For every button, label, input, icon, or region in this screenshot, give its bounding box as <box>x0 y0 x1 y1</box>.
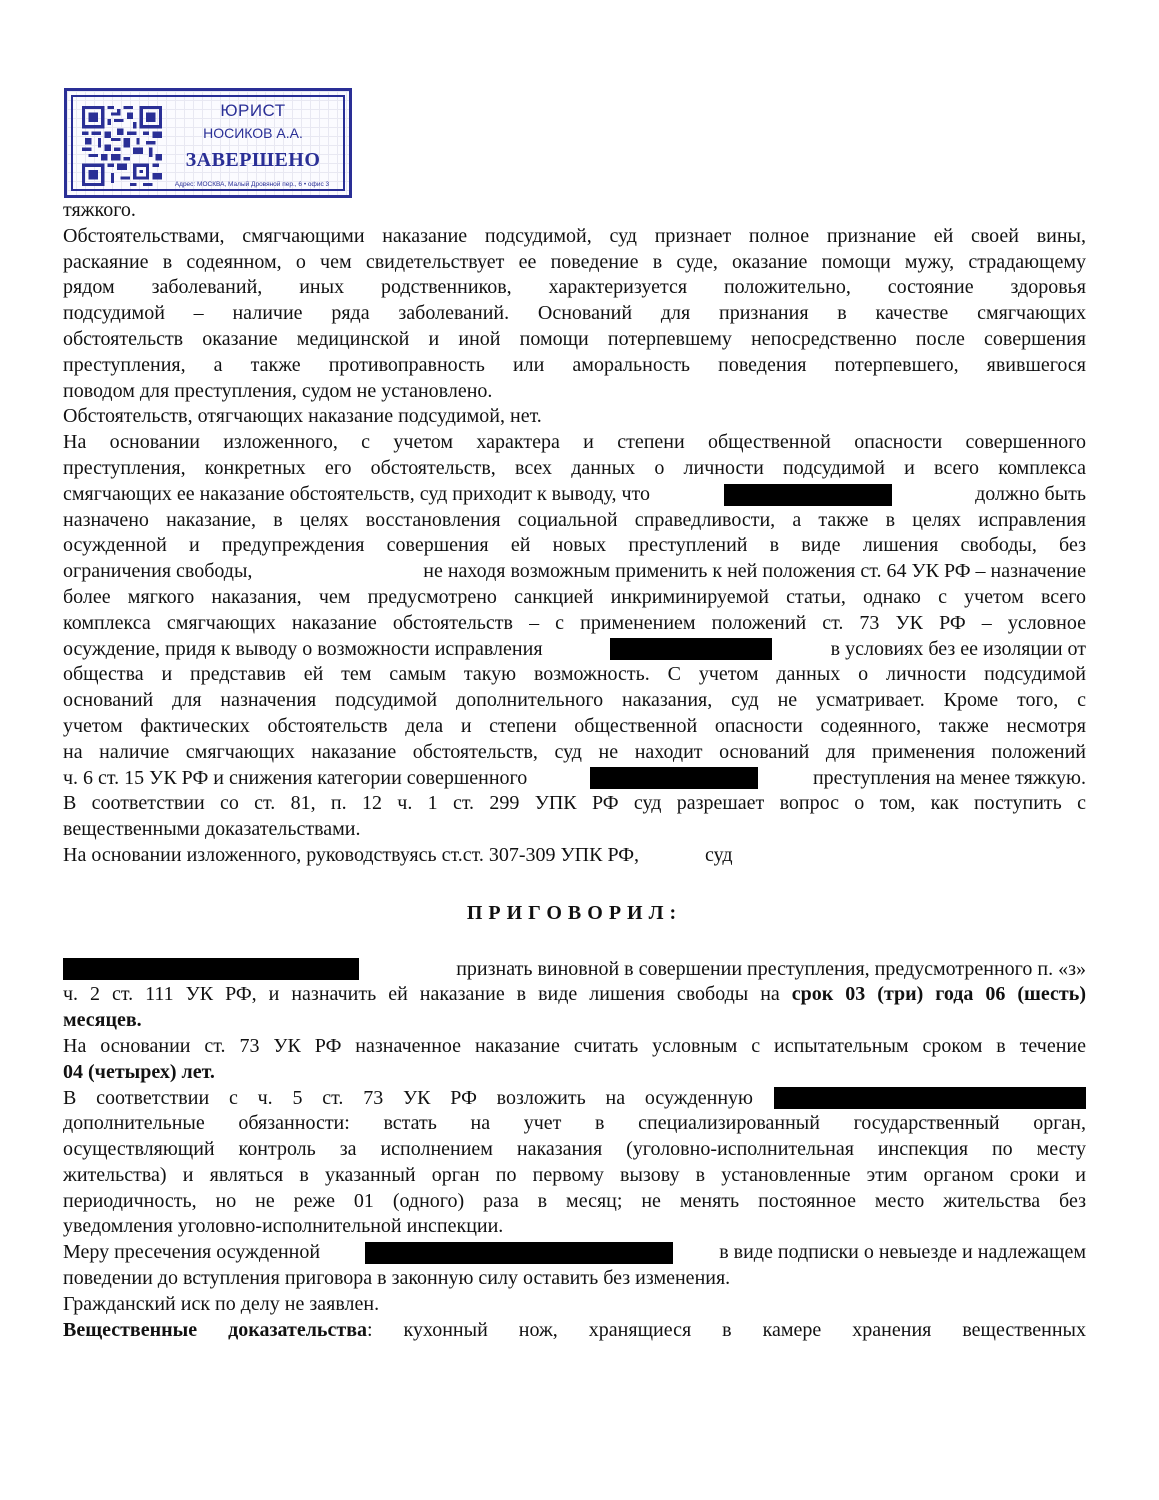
text-line: ч. 6 ст. 15 УК РФ и снижения категории с… <box>63 766 1086 792</box>
text-fragment: признать виновной в совершении преступле… <box>456 957 1086 983</box>
text-line: Меру пресечения осужденной в виде подпис… <box>63 1240 1086 1266</box>
text-fragment: ч. 6 ст. 15 УК РФ и снижения категории с… <box>63 766 527 792</box>
sentence-term: срок 03 (три) года 06 (шесть) <box>792 983 1086 1005</box>
lawyer-stamp: ЮРИСТ НОСИКОВ А.А. ЗАВЕРШЕНО Адрес: МОСК… <box>64 88 352 198</box>
probation-term: 04 (четырех) лет. <box>63 1061 215 1083</box>
text-line: ограничения свободы, не находя возможным… <box>63 559 1086 585</box>
text-line: на наличие смягчающих наказание обстояте… <box>63 740 1086 766</box>
text-fragment: суд <box>705 844 733 866</box>
text-line: уведомления уголовно-исполнительной инсп… <box>63 1214 1086 1240</box>
text-fragment: преступления на менее тяжкую. <box>813 766 1086 792</box>
text-line: месяцев. <box>63 1008 1086 1034</box>
text-fragment-inner: В соответствии с ч. 5 ст. 73 УК РФ возло… <box>63 1086 753 1112</box>
text-line: смягчающих ее наказание обстоятельств, с… <box>63 482 1086 508</box>
text-fragment: смягчающих ее наказание обстоятельств, с… <box>63 482 650 508</box>
sentence-term-cont: месяцев. <box>63 1009 142 1031</box>
redacted-name <box>590 767 758 789</box>
text-line: На основании изложенного, руководствуясь… <box>63 843 1086 869</box>
text-line: Вещественные доказательства: кухонный но… <box>63 1318 1086 1344</box>
text-line: комплекса смягчающих наказание обстоятел… <box>63 611 1086 637</box>
document-body: тяжкого. Обстоятельствами, смягчающими н… <box>63 198 1086 1343</box>
text-line: ч. 2 ст. 111 УК РФ, и назначить ей наказ… <box>63 982 1086 1008</box>
text-fragment: в условиях без ее изоляции от <box>831 637 1086 663</box>
text-fragment: осуждение, придя к выводу о возможности … <box>63 637 543 663</box>
text-line: поводом для преступления, судом не устан… <box>63 379 1086 405</box>
text-line: рядом заболеваний, иных родственников, х… <box>63 275 1086 301</box>
text-line: Обстоятельств, отягчающих наказание подс… <box>63 404 1086 430</box>
text-line: преступления, а также противоправность и… <box>63 353 1086 379</box>
text-line: учетом фактических обстоятельств дела и … <box>63 714 1086 740</box>
text-line: преступления, конкретных его обстоятельс… <box>63 456 1086 482</box>
text-line: обстоятельств оказание медицинской и ино… <box>63 327 1086 353</box>
redacted-name <box>774 1087 1086 1109</box>
text-line: осужденной и предупреждения совершения е… <box>63 533 1086 559</box>
text-fragment: ч. 2 ст. 111 УК РФ, и назначить ей наказ… <box>63 983 792 1005</box>
text-line: осуждение, придя к выводу о возможности … <box>63 637 1086 663</box>
qr-code-icon <box>82 104 162 188</box>
text-line: признать виновной в совершении преступле… <box>63 957 1086 983</box>
text-line: Гражданский иск по делу не заявлен. <box>63 1292 1086 1318</box>
redacted-name <box>365 1242 673 1264</box>
text-line: В соответствии с ч. 5 ст. 73 УК РФ возло… <box>63 1086 1086 1112</box>
text-line: периодичность, но не реже 01 (одного) ра… <box>63 1189 1086 1215</box>
text-fragment: в виде подписки о невыезде и надлежащем <box>719 1240 1086 1266</box>
text-line: жительства) и являться в указанный орган… <box>63 1163 1086 1189</box>
text-line: подсудимой – наличие ряда заболеваний. О… <box>63 301 1086 327</box>
text-fragment: ограничения свободы, <box>63 559 252 585</box>
text-line: На основании изложенного, с учетом харак… <box>63 430 1086 456</box>
text-fragment: не находя возможным применить к ней поло… <box>423 559 1086 585</box>
redacted-name <box>610 638 772 660</box>
text-fragment: должно быть <box>975 482 1086 508</box>
text-line: назначено наказание, в целях восстановле… <box>63 508 1086 534</box>
text-line: Обстоятельствами, смягчающими наказание … <box>63 224 1086 250</box>
stamp-inner-border: ЮРИСТ НОСИКОВ А.А. ЗАВЕРШЕНО Адрес: МОСК… <box>71 95 345 191</box>
text-line: На основании ст. 73 УК РФ назначенное на… <box>63 1034 1086 1060</box>
verdict-heading: ПРИГОВОРИЛ: <box>63 901 1086 927</box>
text-line: дополнительные обязанности: встать на уч… <box>63 1111 1086 1137</box>
text-line: тяжкого. <box>63 198 1086 224</box>
text-line: раскаяние в содеянном, о чем свидетельст… <box>63 250 1086 276</box>
text-fragment: : кухонный нож, хранящиеся в камере хран… <box>367 1319 1086 1341</box>
stamp-status: ЗАВЕРШЕНО <box>169 149 337 172</box>
text-fragment: В соответствии с ч. 5 ст. 73 УК РФ возло… <box>63 1086 753 1112</box>
redacted-name <box>724 484 892 506</box>
text-line: В соответствии со ст. 81, п. 12 ч. 1 ст.… <box>63 791 1086 817</box>
stamp-title: ЮРИСТ <box>169 101 337 121</box>
text-line: более мягкого наказания, чем предусмотре… <box>63 585 1086 611</box>
text-line: вещественными доказательствами. <box>63 817 1086 843</box>
text-fragment: На основании изложенного, руководствуясь… <box>63 844 639 866</box>
stamp-lawyer-name: НОСИКОВ А.А. <box>169 125 337 141</box>
text-line: осуществляющий контроль за исполнением н… <box>63 1137 1086 1163</box>
text-line: 04 (четырех) лет. <box>63 1060 1086 1086</box>
text-fragment: Меру пресечения осужденной <box>63 1240 320 1266</box>
text-line: оснований для назначения подсудимой допо… <box>63 688 1086 714</box>
text-line: общества и представив ей тем самым такую… <box>63 662 1086 688</box>
redacted-name <box>63 958 359 980</box>
text-line: поведении до вступления приговора в зако… <box>63 1266 1086 1292</box>
evidence-label: Вещественные доказательства <box>63 1319 367 1341</box>
stamp-address: Адрес: МОСКВА, Малый Дровяной пер., 6 • … <box>165 181 339 188</box>
